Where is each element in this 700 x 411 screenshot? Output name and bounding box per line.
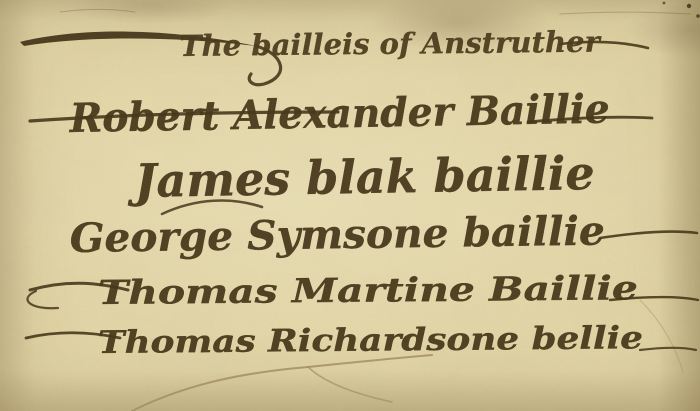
parchment-grain-texture — [0, 0, 700, 411]
handwriting-layer: The bailleis of Anstruther Robert Alexan… — [0, 0, 700, 411]
manuscript-page: The bailleis of Anstruther Robert Alexan… — [0, 0, 700, 411]
